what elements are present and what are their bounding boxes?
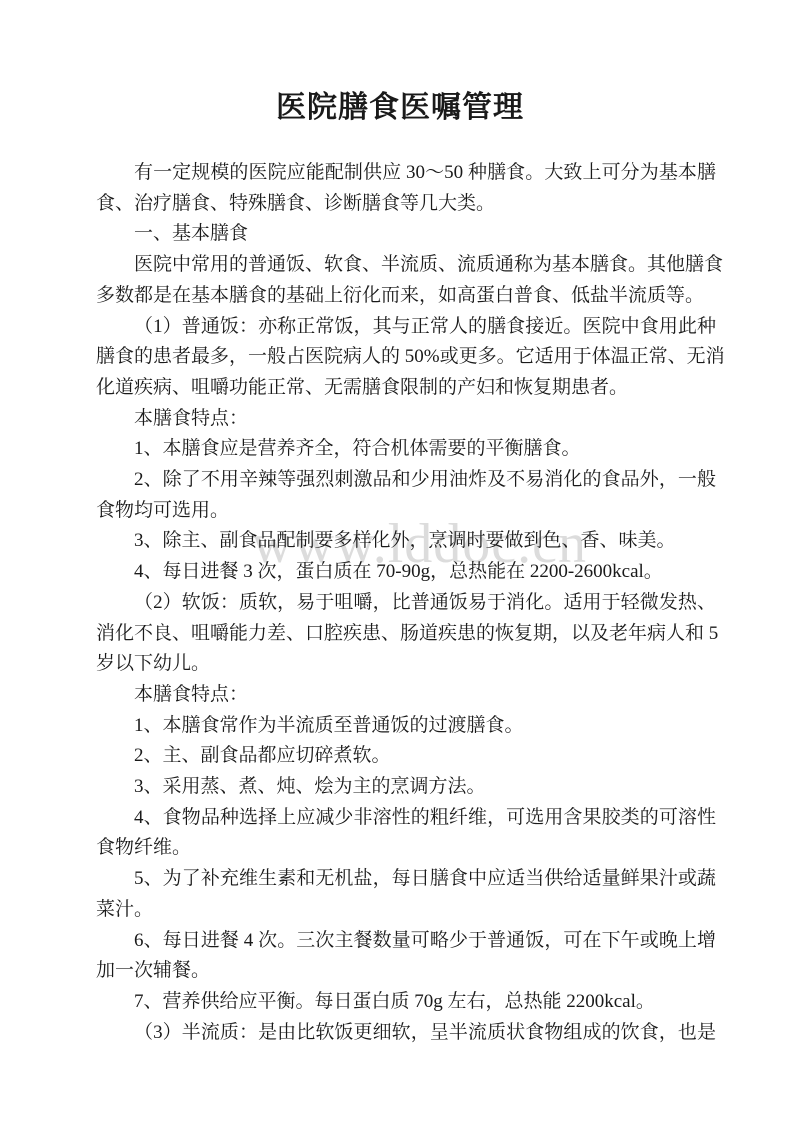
text-line: 2、主、副食品都应切碎煮软。 [96,741,716,772]
document-body: 有一定规模的医院应能配制供应 30～50 种膳食。大致上可分为基本膳食、治疗膳食… [96,158,716,1048]
text-line: 6、每日进餐 4 次。三次主餐数量可略少于普通饭，可在下午或晚上增 [96,926,716,957]
document-title: 医院膳食医嘱管理 [0,88,800,128]
text-line: 3、采用蒸、煮、炖、烩为主的烹调方法。 [96,772,716,803]
text-line: 有一定规模的医院应能配制供应 30～50 种膳食。大致上可分为基本膳 [96,158,716,189]
text-line: 4、每日进餐 3 次，蛋白质在 70-90g，总热能在 2200-2600kca… [96,557,716,588]
text-line: 一、基本膳食 [96,219,716,250]
text-line: 3、除主、副食品配制要多样化外，烹调时要做到色、香、味美。 [96,526,716,557]
text-line: 本膳食特点： [96,404,716,435]
text-line: 1、本膳食常作为半流质至普通饭的过渡膳食。 [96,711,716,742]
text-line: 医院中常用的普通饭、软食、半流质、流质通称为基本膳食。其他膳食 [96,250,716,281]
text-line: 4、食物品种选择上应减少非溶性的粗纤维，可选用含果胶类的可溶性 [96,803,716,834]
text-line: 1、本膳食应是营养齐全，符合机体需要的平衡膳食。 [96,434,716,465]
text-line: （1）普通饭：亦称正常饭，其与正常人的膳食接近。医院中食用此种 [96,312,716,343]
text-line: 食物均可选用。 [96,496,716,527]
text-line: 本膳食特点： [96,680,716,711]
text-line: 化道疾病、咀嚼功能正常、无需膳食限制的产妇和恢复期患者。 [96,373,716,404]
text-line: 岁以下幼儿。 [96,649,716,680]
text-line: 菜汁。 [96,895,716,926]
text-line: 食物纤维。 [96,833,716,864]
text-line: 多数都是在基本膳食的基础上衍化而来，如高蛋白普食、低盐半流质等。 [96,281,716,312]
text-line: （2）软饭：质软，易于咀嚼，比普通饭易于消化。适用于轻微发热、 [96,588,716,619]
text-line: 食、治疗膳食、特殊膳食、诊断膳食等几大类。 [96,189,716,220]
text-line: 加一次辅餐。 [96,956,716,987]
text-line: 7、营养供给应平衡。每日蛋白质 70g 左右，总热能 2200kcal。 [96,987,716,1018]
text-line: （3）半流质：是由比软饭更细软，呈半流质状食物组成的饮食，也是 [96,1018,716,1049]
text-line: 2、除了不用辛辣等强烈刺激品和少用油炸及不易消化的食品外，一般 [96,465,716,496]
text-line: 膳食的患者最多，一般占医院病人的 50%或更多。它适用于体温正常、无消 [96,342,716,373]
text-line: 5、为了补充维生素和无机盐，每日膳食中应适当供给适量鲜果汁或蔬 [96,864,716,895]
text-line: 消化不良、咀嚼能力差、口腔疾患、肠道疾患的恢复期，以及老年病人和 5 [96,619,716,650]
document-page: www.lddoc.cn 医院膳食医嘱管理 有一定规模的医院应能配制供应 30～… [0,0,800,1132]
